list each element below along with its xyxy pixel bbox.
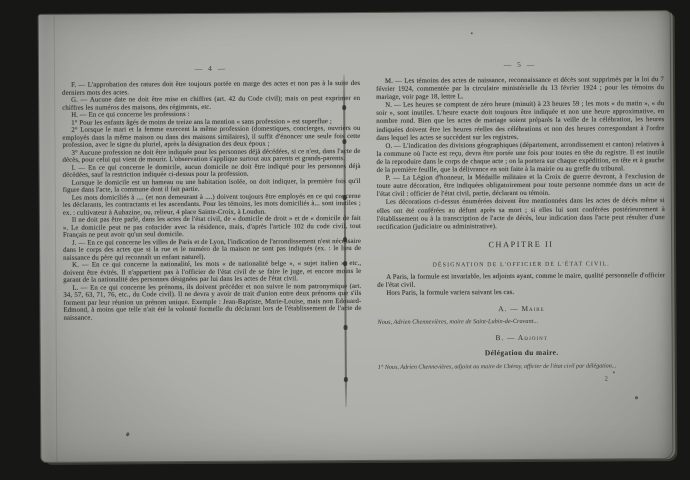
paragraph: 3° Aucune profession ne doit être indiqu… [62,147,360,164]
paragraph: M. — Les témoins des actes de naissance,… [376,76,664,102]
paragraph: Hors Paris, la formule variera suivant l… [377,288,665,298]
foxing-speck [471,32,473,34]
paragraph: N. — Les heures se comptent de zéro heur… [376,100,664,142]
right-page: — 5 — M. — Les témoins des actes de nais… [376,59,666,457]
chapter-subtitle: DÉSIGNATION DE L'OFFICIER DE L'ÉTAT CIVI… [377,261,665,269]
paragraph: A Paris, la formule est invariable, les … [377,272,665,290]
left-page-number: — 4 — [62,63,360,74]
paragraph: Les mots domiciliés à .... (et non demeu… [63,192,361,216]
section-b-heading: B. — Adjoint [378,332,666,343]
chapter-title: CHAPITRE II [377,239,665,250]
paragraph: 2° Lorsque le mari et la femme exercent … [62,125,360,149]
left-page-text: F. — L'approbation des ratures doit être… [62,80,361,322]
signature-mark: 2 [378,375,666,384]
paragraph: K. — En ce qui concerne la nationalité, … [63,260,361,284]
section-a-heading: A. — Maire [377,303,665,314]
right-page-text: M. — Les témoins des actes de naissance,… [376,76,665,232]
section-b-subheading: Délégation du maire. [378,347,666,358]
right-page-number: — 5 — [376,59,664,70]
paragraph: Les décorations ci-dessus énumérées doiv… [377,198,665,232]
left-page: — 4 — F. — L'approbation des ratures doi… [62,63,362,457]
delegation-footnote: 1° Nous, Adrien Chennevières, adjoint au… [378,363,666,372]
book-spread: — 4 — F. — L'approbation des ratures doi… [39,11,673,462]
paragraph: L. — En ce qui concerne les prénoms, ils… [63,282,361,321]
paragraph: O. — L'indication des divisions géograph… [376,141,664,175]
chapter-block: CHAPITRE II DÉSIGNATION DE L'OFFICIER DE… [377,239,666,384]
chapter-intro: A Paris, la formule est invariable, les … [377,272,665,298]
paragraph: P. — La Légion d'honneur, la Médaille mi… [377,173,665,199]
section-a-formula: Nous, Adrien Chennevières, maire de Sain… [378,317,666,326]
paragraph: J. — En ce qui concerne les villes de Pa… [63,237,361,261]
paragraph: Il ne doit pas être parlé, dans les acte… [63,215,361,239]
